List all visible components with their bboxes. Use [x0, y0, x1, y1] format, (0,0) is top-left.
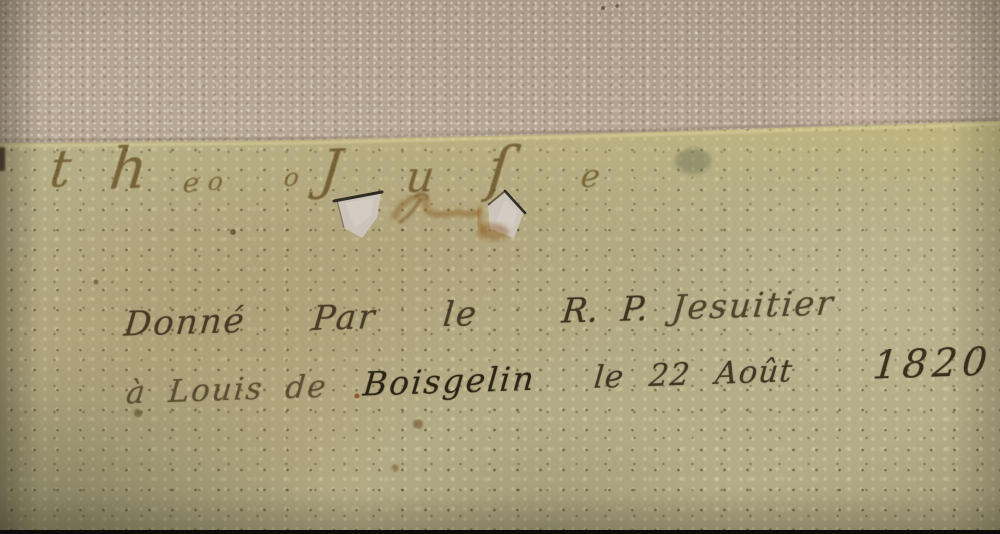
faded-glyph: u [403, 152, 437, 204]
cardboard-speck [601, 6, 605, 10]
foxing-spot [94, 280, 99, 285]
photo-bottom-border [0, 530, 1000, 534]
inscription-text: Jesuitier [670, 283, 837, 328]
left-edge-ink-mark [0, 147, 5, 171]
damage-overlay [0, 0, 1000, 534]
foxing-spot [230, 229, 236, 235]
faded-glyph: h [106, 133, 151, 202]
inscription-text: 1820 [871, 340, 994, 389]
inscription-text: R. P. [560, 289, 650, 332]
faded-glyph: e [181, 168, 200, 200]
inscription-text: à Louis de [125, 369, 330, 412]
cardboard-speck [615, 4, 619, 8]
inscription-text: le 22 Août [592, 353, 794, 396]
faded-glyph: o [206, 167, 224, 197]
inscription-text: Boisgelin [362, 359, 538, 404]
photograph-of-manuscript: t h e o o J u ſ e Donné Par leR. P.Jesui… [0, 0, 1000, 534]
green-smudge [675, 148, 711, 174]
faded-glyph: o [282, 163, 300, 193]
foxing-spot [392, 465, 399, 472]
foxing-spot [413, 419, 423, 429]
faded-glyph: e [579, 157, 602, 196]
